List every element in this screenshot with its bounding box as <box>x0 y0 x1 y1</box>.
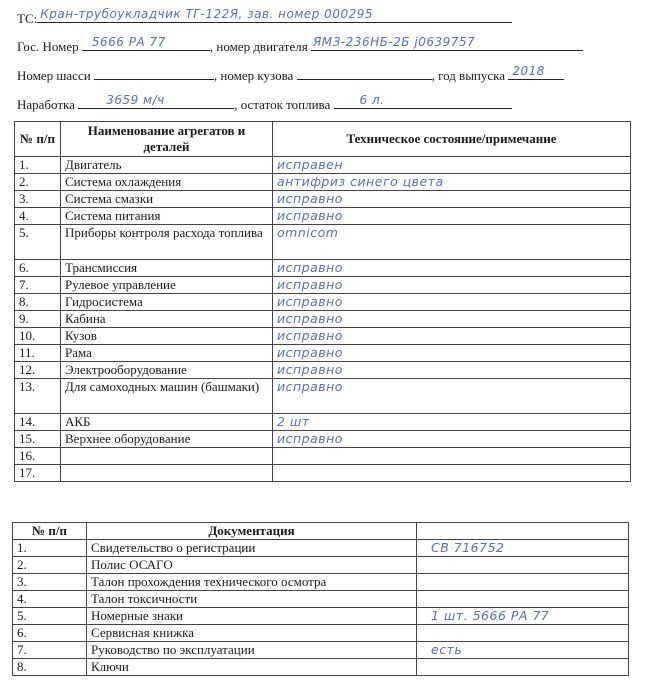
units-table-header: № п/п Наименование агрегатов и деталей Т… <box>15 122 631 157</box>
table-row: 6.Сервисная книжка <box>13 625 629 642</box>
row-number: 17. <box>15 465 61 482</box>
row-number: 10. <box>15 328 61 345</box>
condition-note-cell[interactable]: исправно <box>273 191 631 208</box>
condition-note-cell[interactable]: 2 шт <box>273 414 631 431</box>
doc-row-number: 1. <box>13 540 87 557</box>
condition-note: исправно <box>277 260 343 275</box>
unit-name <box>61 448 273 465</box>
row-number: 16. <box>15 448 61 465</box>
document-name: Талон прохождения технического осмотра <box>87 574 417 591</box>
row-number: 13. <box>15 379 61 414</box>
table-row: 9.Кабинаисправно <box>15 311 631 328</box>
condition-note-cell[interactable] <box>273 448 631 465</box>
doc-row-number: 4. <box>13 591 87 608</box>
condition-note-cell[interactable]: исправен <box>273 157 631 174</box>
document-name: Талон токсичности <box>87 591 417 608</box>
condition-note-cell[interactable]: исправно <box>273 208 631 225</box>
plate-value: 5666 РА 77 <box>92 35 166 49</box>
condition-note: антифриз синего цвета <box>277 174 444 189</box>
year-label: , год выпуска <box>432 68 506 83</box>
table-row: 15.Верхнее оборудованиеисправно <box>15 431 631 448</box>
condition-note: исправно <box>277 345 343 360</box>
row-number: 4. <box>15 208 61 225</box>
document-note-cell[interactable]: 1 шт. 5666 РА 77 <box>417 608 629 625</box>
unit-name: Рулевое управление <box>61 277 273 294</box>
condition-note-cell[interactable]: omnicom <box>273 225 631 260</box>
unit-name: Кузов <box>61 328 273 345</box>
unit-name: Электрооборудование <box>61 362 273 379</box>
row-number: 11. <box>15 345 61 362</box>
plate-engine-line: Гос. Номер 5666 РА 77, номер двигателя Я… <box>17 34 583 55</box>
document-note <box>421 591 431 606</box>
row-number: 8. <box>15 294 61 311</box>
table-row: 5.Номерные знаки1 шт. 5666 РА 77 <box>13 608 629 625</box>
table-row: 11.Рамаисправно <box>15 345 631 362</box>
condition-note-cell[interactable] <box>273 465 631 482</box>
condition-note: исправно <box>277 277 343 292</box>
doc-col-name-header: Документация <box>87 523 417 540</box>
table-row: 5.Приборы контроля расхода топливаomnico… <box>15 225 631 260</box>
table-row: 8.Ключи <box>13 659 629 676</box>
document-note: есть <box>421 642 462 657</box>
row-number: 15. <box>15 431 61 448</box>
condition-note: исправно <box>277 431 343 446</box>
document-name: Руководство по эксплуатации <box>87 642 417 659</box>
row-number: 2. <box>15 174 61 191</box>
table-row: 1.Свидетельство о регистрацииСВ 716752 <box>13 540 629 557</box>
condition-note-cell[interactable]: антифриз синего цвета <box>273 174 631 191</box>
condition-note-cell[interactable]: исправно <box>273 362 631 379</box>
table-row: 4.Талон токсичности <box>13 591 629 608</box>
unit-name: Кабина <box>61 311 273 328</box>
document-name: Сервисная книжка <box>87 625 417 642</box>
body-label: , номер кузова <box>214 68 293 83</box>
doc-row-number: 6. <box>13 625 87 642</box>
engine-input[interactable]: ЯМЗ-236НБ-2Б j0639757 <box>311 34 583 51</box>
doc-col-num-header: № п/п <box>13 523 87 540</box>
vehicle-value: Кран-трубоукладчик ТГ-122Я, зав. номер 0… <box>40 7 373 21</box>
documents-table-header: № п/п Документация <box>13 523 629 540</box>
table-row: 3.Система смазкиисправно <box>15 191 631 208</box>
document-note <box>421 574 431 589</box>
hours-input[interactable]: 3659 м/ч <box>78 92 234 109</box>
doc-col-note-header <box>417 523 629 540</box>
col-note-header: Техническое состояние/примечание <box>273 122 631 157</box>
unit-name: Система охлаждения <box>61 174 273 191</box>
table-row: 7.Руководство по эксплуатацииесть <box>13 642 629 659</box>
document-note: СВ 716752 <box>421 540 505 555</box>
unit-name: Трансмиссия <box>61 260 273 277</box>
unit-name <box>61 465 273 482</box>
condition-note: исправно <box>277 191 343 206</box>
document-note-cell[interactable] <box>417 659 629 676</box>
condition-note-cell[interactable]: исправно <box>273 328 631 345</box>
row-number: 14. <box>15 414 61 431</box>
col-num-header: № п/п <box>15 122 61 157</box>
fuel-value: 6 л. <box>360 93 385 107</box>
row-number: 7. <box>15 277 61 294</box>
document-name: Полис ОСАГО <box>87 557 417 574</box>
condition-note: исправно <box>277 311 343 326</box>
document-name: Номерные знаки <box>87 608 417 625</box>
condition-note-cell[interactable]: исправно <box>273 311 631 328</box>
document-note-cell[interactable] <box>417 574 629 591</box>
unit-name: Система смазки <box>61 191 273 208</box>
fuel-input[interactable]: 6 л. <box>334 92 512 109</box>
condition-note: исправно <box>277 379 343 394</box>
unit-name: Гидросистема <box>61 294 273 311</box>
hours-label: Наработка <box>17 97 75 112</box>
table-row: 16. <box>15 448 631 465</box>
col-name-header: Наименование агрегатов и деталей <box>61 122 273 157</box>
row-number: 9. <box>15 311 61 328</box>
condition-note-cell[interactable]: исправно <box>273 431 631 448</box>
chassis-body-year-line: Номер шасси , номер кузова , год выпуска… <box>17 63 564 84</box>
unit-name: АКБ <box>61 414 273 431</box>
condition-note: исправен <box>277 157 343 172</box>
unit-name: Верхнее оборудование <box>61 431 273 448</box>
unit-name: Приборы контроля расхода топлива <box>61 225 273 260</box>
document-name: Ключи <box>87 659 417 676</box>
document-note-cell[interactable] <box>417 557 629 574</box>
table-row: 4.Система питанияисправно <box>15 208 631 225</box>
table-row: 2.Полис ОСАГО <box>13 557 629 574</box>
condition-note-cell[interactable]: исправно <box>273 260 631 277</box>
document-note <box>421 557 431 572</box>
plate-input[interactable]: 5666 РА 77 <box>82 34 210 51</box>
condition-note: omnicom <box>277 225 338 240</box>
document-note-cell[interactable]: СВ 716752 <box>417 540 629 557</box>
chassis-input[interactable] <box>94 63 214 80</box>
table-row: 1.Двигательисправен <box>15 157 631 174</box>
condition-note-cell[interactable]: исправно <box>273 294 631 311</box>
doc-row-number: 5. <box>13 608 87 625</box>
row-number: 5. <box>15 225 61 260</box>
document-note-cell[interactable] <box>417 591 629 608</box>
unit-name: Двигатель <box>61 157 273 174</box>
table-row: 17. <box>15 465 631 482</box>
unit-name: Рама <box>61 345 273 362</box>
table-row: 6.Трансмиссияисправно <box>15 260 631 277</box>
table-row: 2.Система охлажденияантифриз синего цвет… <box>15 174 631 191</box>
document-note-cell[interactable]: есть <box>417 642 629 659</box>
table-row: 10.Кузовисправно <box>15 328 631 345</box>
condition-note-cell[interactable]: исправно <box>273 277 631 294</box>
table-row: 3.Талон прохождения технического осмотра <box>13 574 629 591</box>
doc-row-number: 3. <box>13 574 87 591</box>
vehicle-label: ТС: <box>17 11 37 26</box>
engine-label: , номер двигателя <box>210 39 308 54</box>
unit-name: Система питания <box>61 208 273 225</box>
row-number: 3. <box>15 191 61 208</box>
body-input[interactable] <box>297 63 432 80</box>
table-row: 14.АКБ2 шт <box>15 414 631 431</box>
condition-note-cell[interactable]: исправно <box>273 345 631 362</box>
row-number: 12. <box>15 362 61 379</box>
chassis-label: Номер шасси <box>17 68 91 83</box>
table-row: 8.Гидросистемаисправно <box>15 294 631 311</box>
doc-row-number: 7. <box>13 642 87 659</box>
year-input[interactable]: 2018 <box>508 63 564 80</box>
document-note <box>421 659 431 674</box>
units-table: № п/п Наименование агрегатов и деталей Т… <box>14 121 631 482</box>
year-value: 2018 <box>512 64 545 78</box>
vehicle-field: ТС:Кран-трубоукладчик ТГ-122Я, зав. номе… <box>17 6 512 27</box>
unit-name: Для самоходных машин (башмаки) <box>61 379 273 414</box>
doc-row-number: 8. <box>13 659 87 676</box>
doc-row-number: 2. <box>13 557 87 574</box>
condition-note: исправно <box>277 362 343 377</box>
document-note <box>421 625 431 640</box>
condition-note: исправно <box>277 208 343 223</box>
condition-note-cell[interactable]: исправно <box>273 379 631 414</box>
table-row: 13.Для самоходных машин (башмаки)исправн… <box>15 379 631 414</box>
engine-value: ЯМЗ-236НБ-2Б j0639757 <box>313 35 475 49</box>
table-row: 7.Рулевое управлениеисправно <box>15 277 631 294</box>
documents-table: № п/п Документация 1.Свидетельство о рег… <box>12 522 629 676</box>
row-number: 6. <box>15 260 61 277</box>
document-name: Свидетельство о регистрации <box>87 540 417 557</box>
document-note: 1 шт. 5666 РА 77 <box>421 608 549 623</box>
table-row: 12.Электрооборудованиеисправно <box>15 362 631 379</box>
condition-note: 2 шт <box>277 414 310 429</box>
fuel-label: , остаток топлива <box>234 97 330 112</box>
vehicle-input[interactable]: Кран-трубоукладчик ТГ-122Я, зав. номер 0… <box>37 6 512 23</box>
hours-value: 3659 м/ч <box>106 93 165 107</box>
condition-note: исправно <box>277 328 343 343</box>
document-note-cell[interactable] <box>417 625 629 642</box>
hours-fuel-line: Наработка 3659 м/ч, остаток топлива 6 л. <box>17 92 512 113</box>
row-number: 1. <box>15 157 61 174</box>
plate-label: Гос. Номер <box>17 39 79 54</box>
condition-note: исправно <box>277 294 343 309</box>
